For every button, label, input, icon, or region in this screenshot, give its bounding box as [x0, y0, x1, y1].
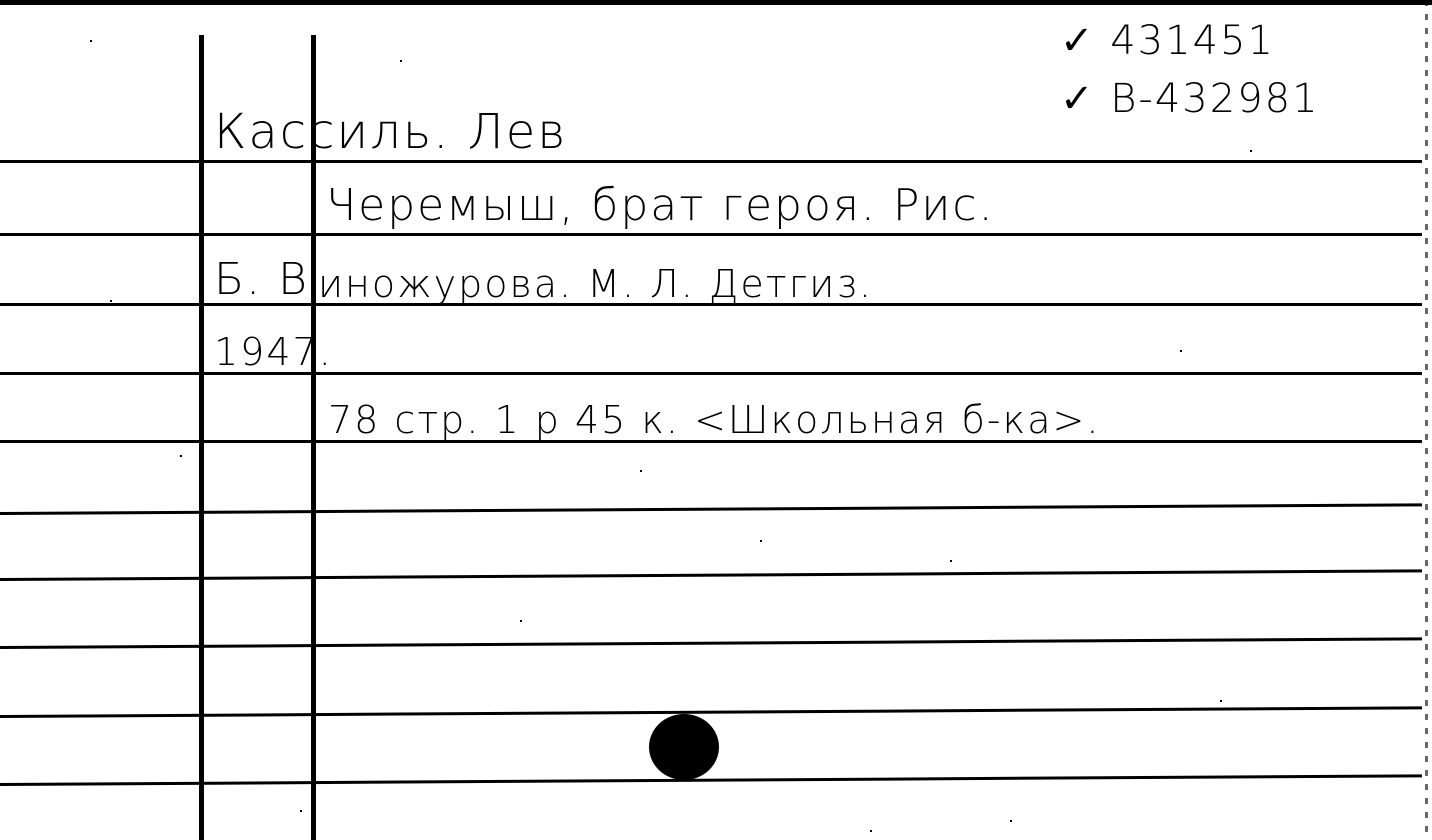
scan-speck: [180, 455, 182, 457]
scan-speck: [950, 560, 952, 562]
ruled-line: [0, 233, 1422, 236]
publication-year: 1947.: [214, 330, 333, 374]
punch-hole: [649, 714, 719, 780]
ruled-line: [0, 569, 1422, 581]
ruled-line: [0, 774, 1422, 786]
ruled-line: [0, 160, 1422, 163]
scan-speck: [1180, 350, 1182, 352]
card-top-edge: [0, 0, 1432, 5]
scan-speck: [1250, 150, 1252, 152]
scan-speck: [90, 40, 92, 42]
title-line-2: иножурова. М. Л. Детгиз.: [318, 262, 873, 306]
title-line-1: Черемыш, брат героя. Рис.: [326, 180, 995, 231]
scan-speck: [760, 540, 762, 542]
scan-speck: [870, 830, 872, 832]
scan-speck: [520, 620, 522, 622]
ruled-line: [0, 706, 1422, 718]
scan-speck: [1220, 700, 1222, 702]
scan-speck: [1010, 820, 1012, 822]
physical-description: 78 стр. 1 р 45 к. <Школьная б-ка>.: [328, 398, 1100, 442]
inventory-number-primary: ✓ 431451: [1060, 18, 1275, 64]
illustrator-initials: Б. В: [214, 254, 309, 305]
scan-speck: [1100, 640, 1102, 642]
inventory-number-secondary: ✓ B-432981: [1060, 76, 1320, 122]
ruled-line: [0, 637, 1422, 649]
scan-speck: [110, 300, 112, 302]
column-rule-left: [199, 35, 204, 840]
scan-speck: [400, 60, 402, 62]
card-right-edge: [1425, 0, 1428, 840]
ruled-line: [0, 503, 1422, 515]
author-heading: Кассиль. Лев: [214, 104, 567, 160]
scan-speck: [640, 470, 642, 472]
catalog-card: ✓ 431451 ✓ B-432981 Кассиль. Лев Черемыш…: [0, 0, 1432, 840]
scan-speck: [300, 810, 302, 812]
